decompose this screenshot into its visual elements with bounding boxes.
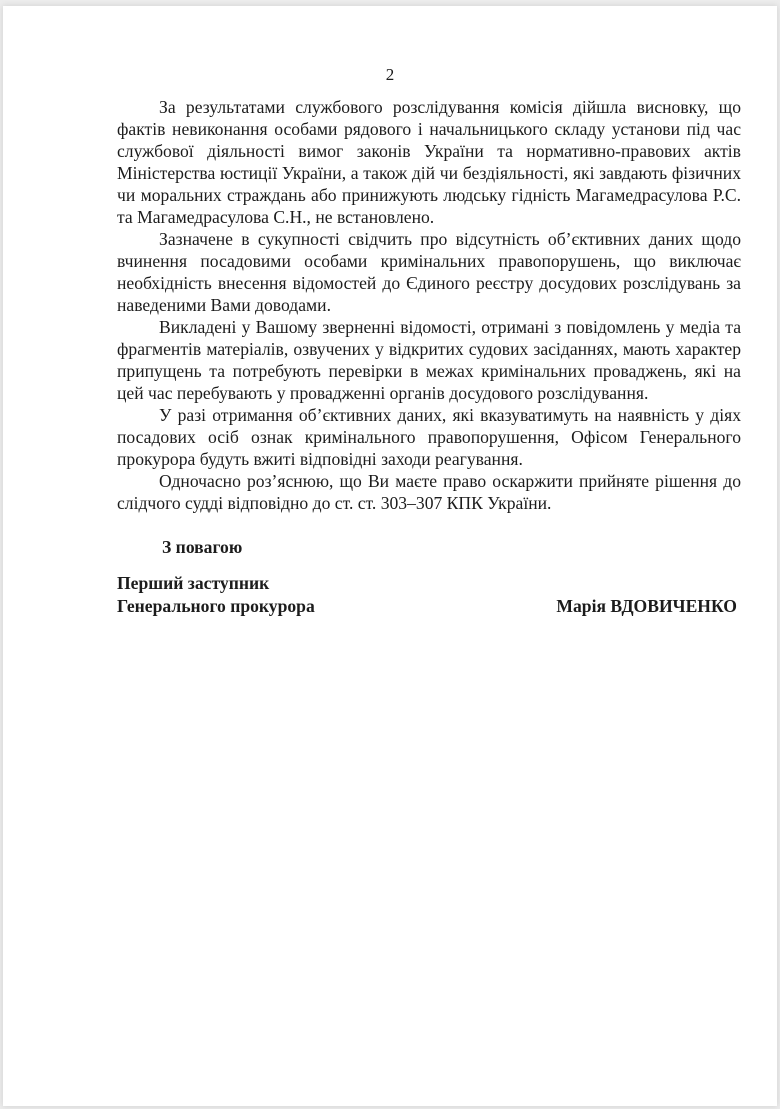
paragraph-no-criminal-data: Зазначене в сукупності свідчить про відс…	[117, 228, 741, 316]
page-number: 2	[3, 65, 777, 85]
signature-block: Перший заступник Генерального прокурора …	[117, 572, 741, 618]
signatory-title-line-1: Перший заступник	[117, 572, 741, 595]
signatory-name: Марія ВДОВИЧЕНКО	[556, 595, 737, 618]
closing-salutation: З повагою	[162, 537, 242, 558]
paragraph-future-response: У разі отримання об’єктивних даних, які …	[117, 404, 741, 470]
signature-row: Генерального прокурора Марія ВДОВИЧЕНКО	[117, 595, 741, 618]
paragraph-media-claims: Викладені у Вашому зверненні відомості, …	[117, 316, 741, 404]
document-page: 2 За результатами службового розслідуван…	[3, 6, 777, 1106]
paragraph-appeal-rights: Одночасно роз’яснюю, що Ви маєте право о…	[117, 470, 741, 514]
signatory-title-line-2: Генерального прокурора	[117, 595, 315, 618]
paragraph-investigation-result: За результатами службового розслідування…	[117, 96, 741, 228]
letter-body: За результатами службового розслідування…	[117, 96, 741, 514]
